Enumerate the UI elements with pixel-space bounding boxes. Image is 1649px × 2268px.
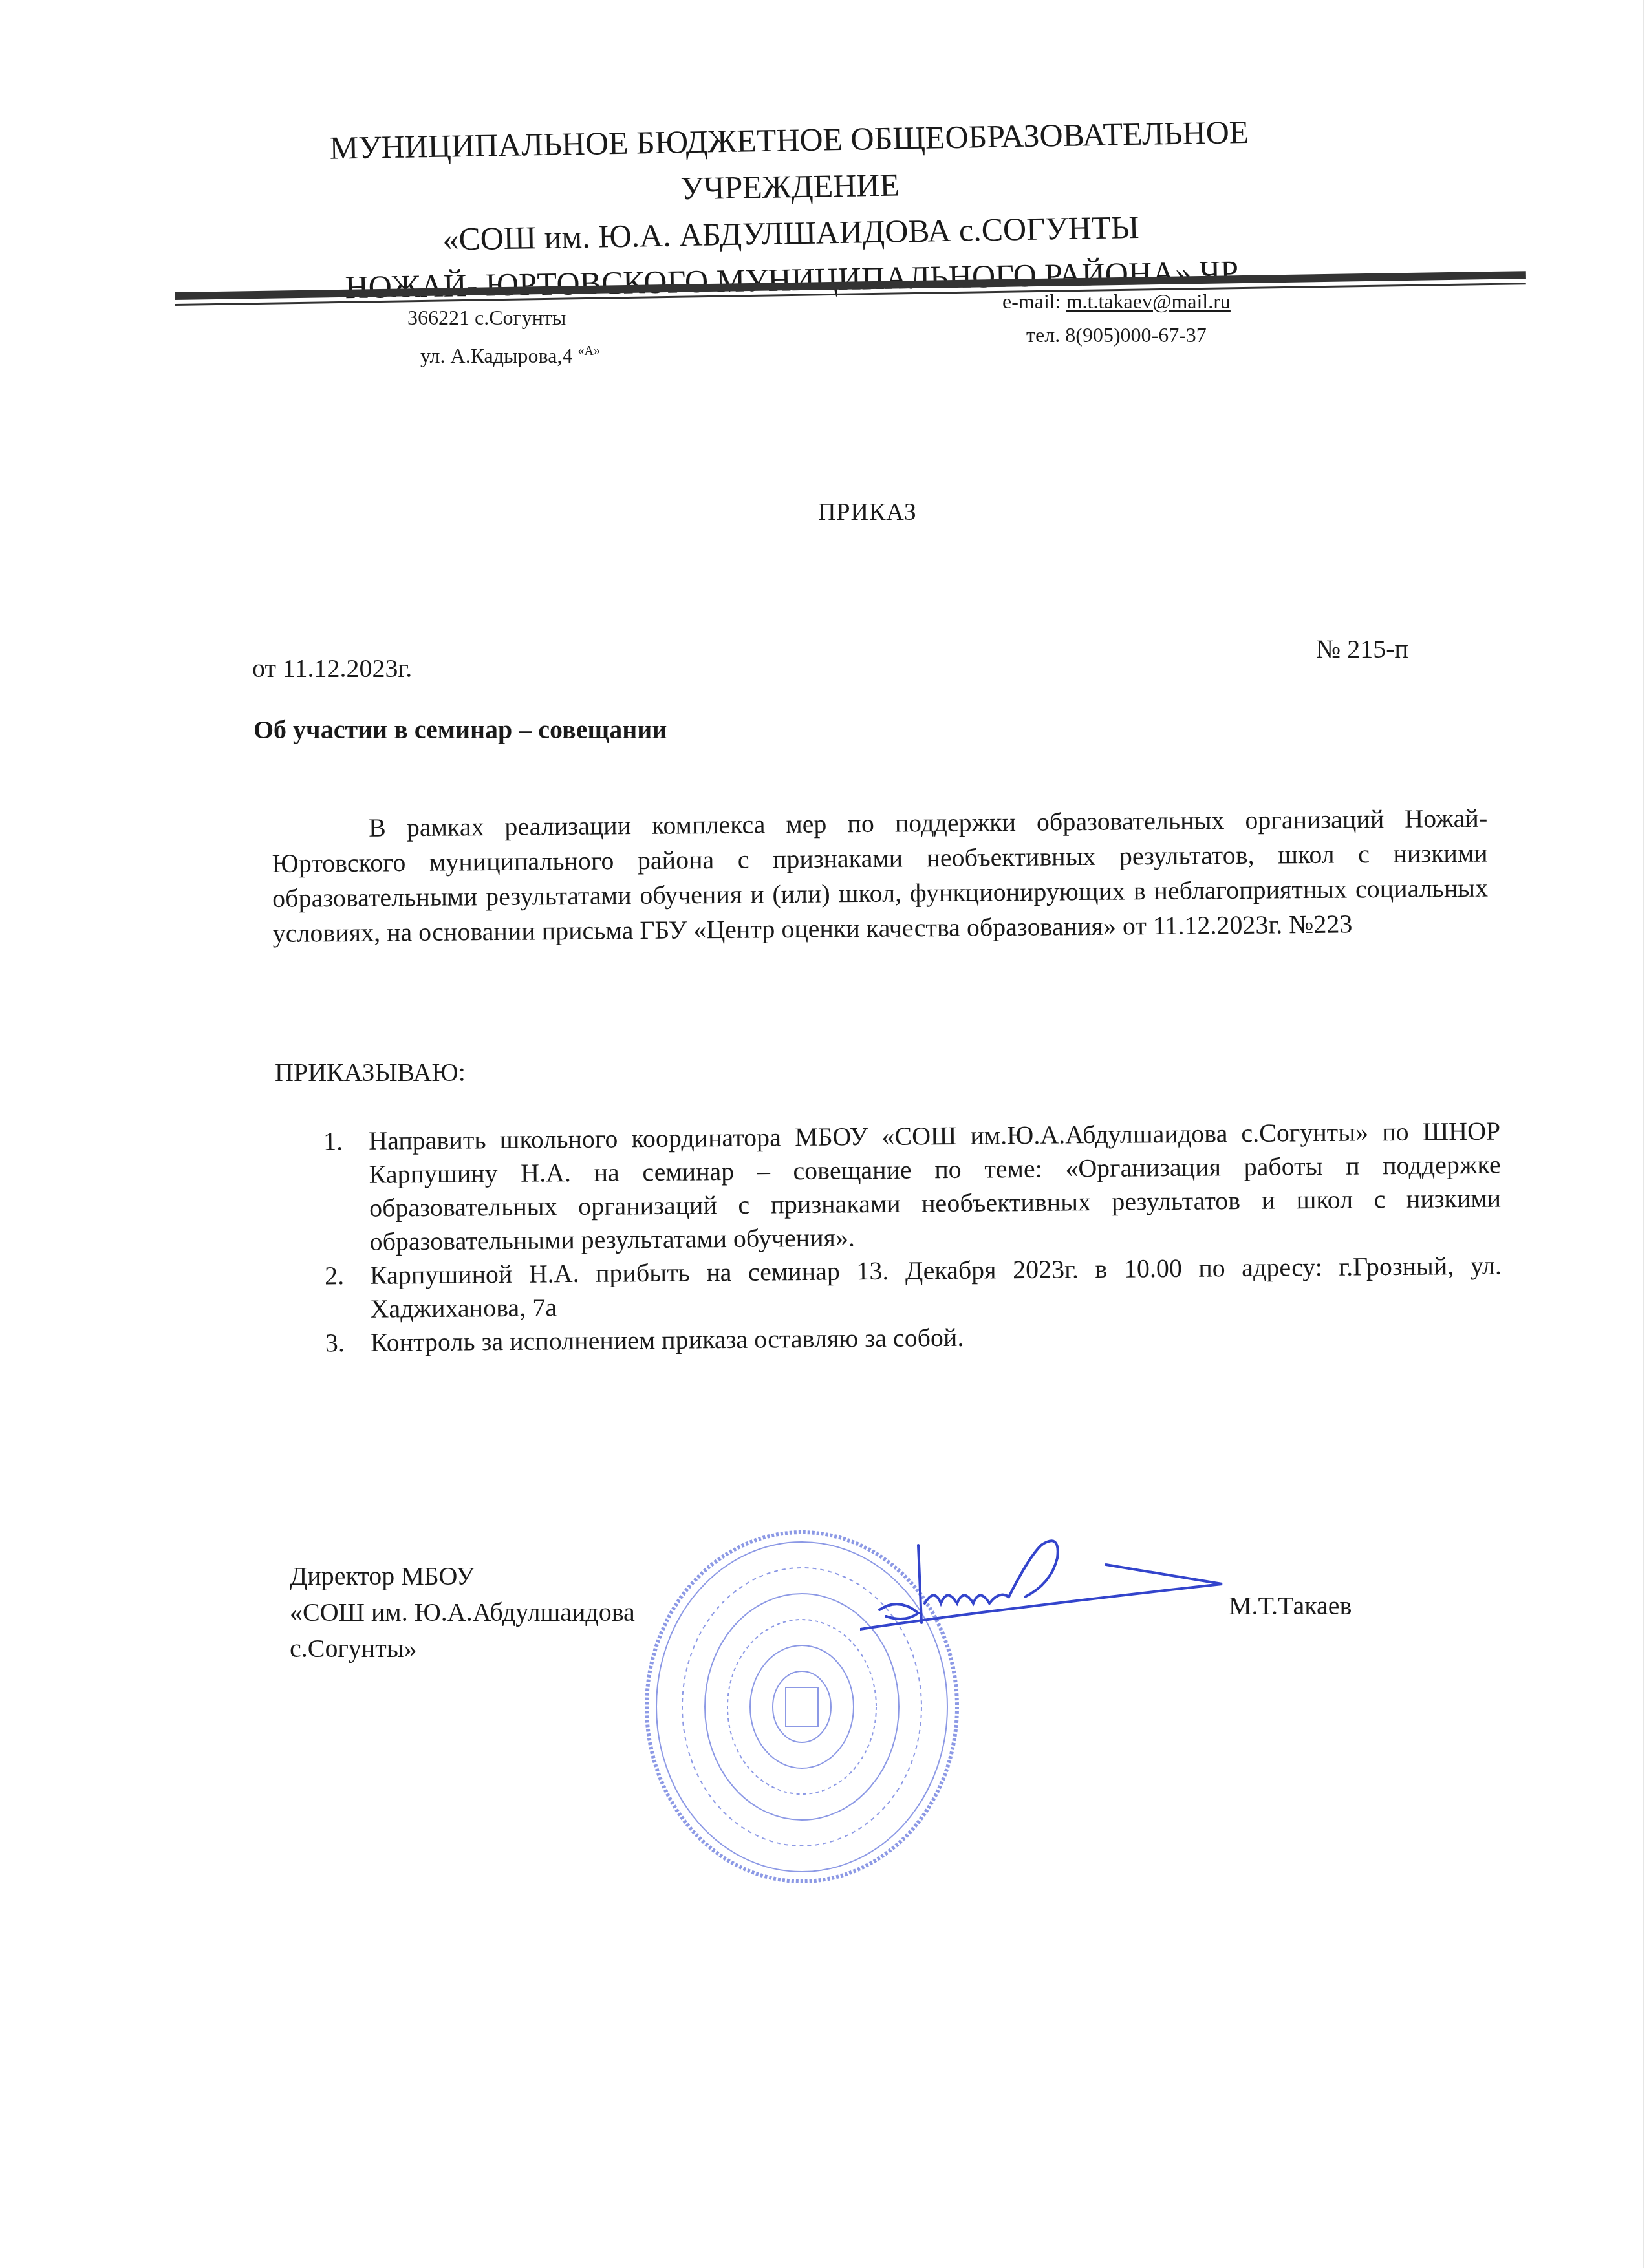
postal-address: 366221 с.Согунты ул. А.Кадырова,4 «А» (407, 301, 600, 372)
preamble-paragraph: В рамках реализации комплекса мер по под… (272, 801, 1489, 951)
address-street: ул. А.Кадырова,4 (420, 344, 572, 367)
address-line-1: 366221 с.Согунты (407, 301, 600, 334)
org-line-1: МУНИЦИПАЛЬНОЕ БЮДЖЕТНОЕ ОБЩЕОБРАЗОВАТЕЛЬ… (246, 107, 1333, 219)
order-subject: Об участии в семинар – совещании (253, 714, 667, 745)
address-line-2: ул. А.Кадырова,4 «А» (407, 334, 600, 372)
document-title: ПРИКАЗ (818, 498, 917, 526)
signer-position: Директор МБОУ «СОШ им. Ю.А.Абдулшаидова … (290, 1558, 635, 1667)
email-link[interactable]: m.t.takaev@mail.ru (1066, 290, 1231, 313)
order-item-number: 2. (325, 1259, 344, 1292)
order-item-text: Направить школьного координатора МБОУ «С… (369, 1117, 1501, 1256)
order-items-list: 1.Направить школьного координатора МБОУ … (285, 1115, 1502, 1360)
order-item-number: 3. (325, 1326, 345, 1360)
order-item-number: 1. (323, 1124, 343, 1158)
order-date: от 11.12.2023г. (252, 653, 412, 683)
order-directive-heading: ПРИКАЗЫВАЮ: (275, 1057, 466, 1087)
signer-name: М.Т.Такаев (1229, 1590, 1352, 1621)
email-line: e-mail: m.t.takaev@mail.ru (1002, 284, 1231, 318)
document-page: МУНИЦИПАЛЬНОЕ БЮДЖЕТНОЕ ОБЩЕОБРАЗОВАТЕЛЬ… (0, 0, 1649, 2268)
phone-line: тел. 8(905)000-67-37 (1002, 318, 1231, 352)
contact-info: e-mail: m.t.takaev@mail.ru тел. 8(905)00… (1002, 284, 1231, 352)
order-item-text: Карпушиной Н.А. прибыть на семинар 13. Д… (370, 1251, 1502, 1323)
signer-position-line-2: «СОШ им. Ю.А.Абдулшаидова (290, 1594, 635, 1631)
order-number: № 215-п (1316, 634, 1408, 664)
address-building-letter: «А» (577, 344, 599, 358)
signer-position-line-3: с.Согунты» (290, 1631, 635, 1667)
email-label: e-mail: (1002, 290, 1061, 313)
order-item: 1.Направить школьного координатора МБОУ … (285, 1115, 1502, 1259)
handwritten-signature-icon (860, 1539, 1248, 1642)
preamble-text: В рамках реализации комплекса мер по под… (272, 804, 1489, 948)
signer-position-line-1: Директор МБОУ (290, 1558, 635, 1594)
order-item: 2.Карпушиной Н.А. прибыть на семинар 13.… (286, 1249, 1502, 1327)
scan-edge-line (1643, 0, 1644, 2268)
order-item-text: Контроль за исполнением приказа оставляю… (371, 1323, 964, 1357)
